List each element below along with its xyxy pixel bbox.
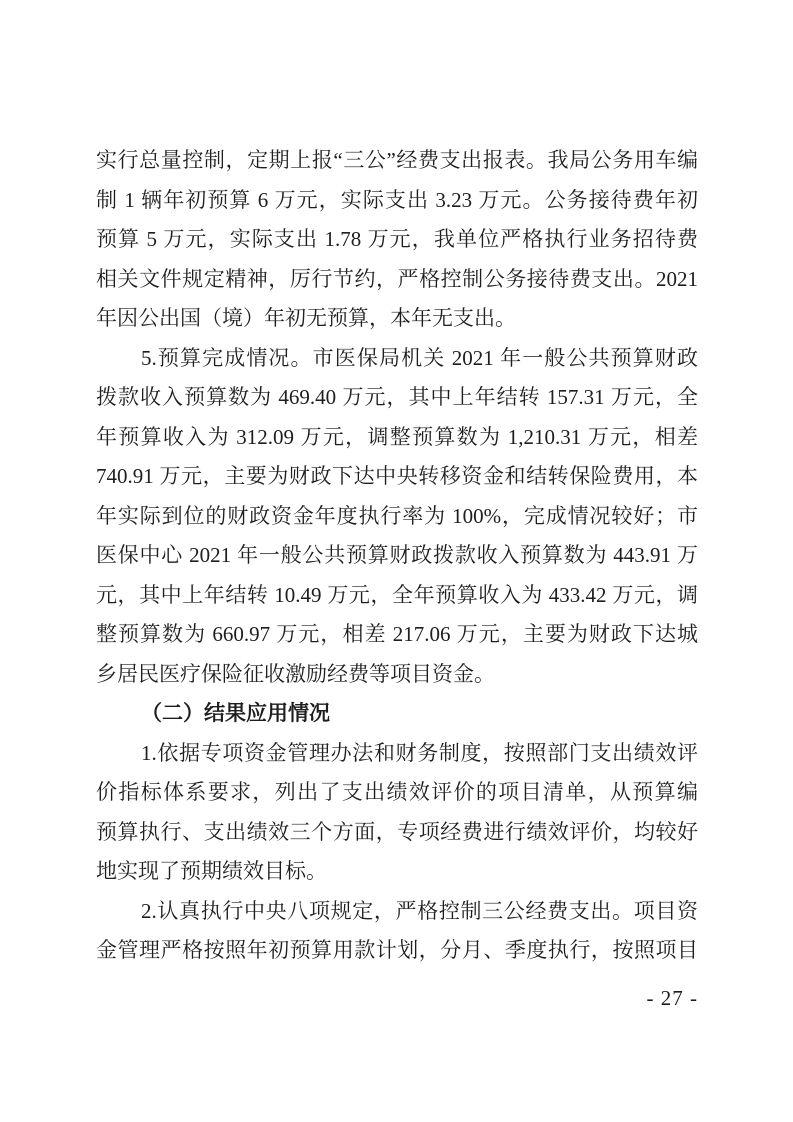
text-line: 拨款收入预算数为 469.40 万元，其中上年结转 157.31 万元，全 [96, 378, 698, 418]
document-page: 实行总量控制，定期上报“三公”经费支出报表。我局公务用车编制 1 辆年初预算 6… [0, 0, 793, 1122]
text-line: 5.预算完成情况。市医保局机关 2021 年一般公共预算财政 [96, 339, 698, 379]
text-line: 预算执行、支出绩效三个方面，专项经费进行绩效评价，均较好 [96, 813, 698, 853]
text-line: 地实现了预期绩效目标。 [96, 852, 698, 892]
text-line: 金管理严格按照年初预算用款计划，分月、季度执行，按照项目 [96, 931, 698, 971]
para-eight-provisions: 2.认真执行中央八项规定，严格控制三公经费支出。项目资金管理严格按照年初预算用款… [96, 892, 698, 971]
text-line: 1.依据专项资金管理办法和财务制度，按照部门支出绩效评 [96, 734, 698, 774]
text-line: 年预算收入为 312.09 万元，调整预算数为 1,210.31 万元，相差 [96, 418, 698, 458]
text-line: 乡居民医疗保险征收激励经费等项目资金。 [96, 655, 698, 695]
text-line: 元，其中上年结转 10.49 万元，全年预算收入为 433.42 万元，调 [96, 576, 698, 616]
text-line: 价指标体系要求，列出了支出绩效评价的项目清单，从预算编制、 [96, 773, 698, 813]
text-line: 年因公出国（境）年初无预算，本年无支出。 [96, 299, 698, 339]
text-line: 医保中心 2021 年一般公共预算财政拨款收入预算数为 443.91 万 [96, 536, 698, 576]
page-number: - 27 - [647, 986, 699, 1010]
document-body: 实行总量控制，定期上报“三公”经费支出报表。我局公务用车编制 1 辆年初预算 6… [96, 141, 698, 971]
text-line: （二）结果应用情况 [96, 694, 698, 734]
text-line: 实行总量控制，定期上报“三公”经费支出报表。我局公务用车编 [96, 141, 698, 181]
para-performance-evaluation: 1.依据专项资金管理办法和财务制度，按照部门支出绩效评价指标体系要求，列出了支出… [96, 734, 698, 892]
text-line: 年实际到位的财政资金年度执行率为 100%，完成情况较好；市 [96, 497, 698, 537]
heading-result-application: （二）结果应用情况 [96, 694, 698, 734]
para-three-public-funds: 实行总量控制，定期上报“三公”经费支出报表。我局公务用车编制 1 辆年初预算 6… [96, 141, 698, 339]
para-budget-completion: 5.预算完成情况。市医保局机关 2021 年一般公共预算财政拨款收入预算数为 4… [96, 339, 698, 695]
text-line: 2.认真执行中央八项规定，严格控制三公经费支出。项目资 [96, 892, 698, 932]
text-line: 整预算数为 660.97 万元，相差 217.06 万元，主要为财政下达城 [96, 615, 698, 655]
text-line: 预算 5 万元，实际支出 1.78 万元，我单位严格执行业务招待费 [96, 220, 698, 260]
text-line: 740.91 万元，主要为财政下达中央转移资金和结转保险费用，本 [96, 457, 698, 497]
text-line: 相关文件规定精神，厉行节约，严格控制公务接待费支出。2021 [96, 260, 698, 300]
text-line: 制 1 辆年初预算 6 万元，实际支出 3.23 万元。公务接待费年初 [96, 181, 698, 221]
